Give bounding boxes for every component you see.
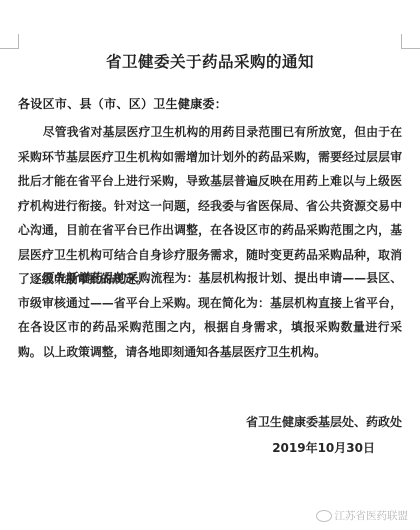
date: 2019年10月30日 (272, 439, 375, 456)
signature: 省卫生健康委基层处、药政处 (246, 413, 402, 430)
salutation: 各设区市、县（市、区）卫生健康委： (18, 95, 227, 112)
wechat-icon (316, 510, 332, 522)
page-corner-mark-right (401, 34, 420, 49)
document-title: 省卫健委关于药品采购的通知 (0, 50, 420, 72)
paragraph-3: 以上政策调整，请各地即刻通知各基层医疗卫生机构。 (18, 340, 402, 365)
watermark-text: 江苏省医药联盟 (335, 508, 409, 523)
page-corner-mark-left (0, 34, 19, 49)
paragraph-text: 以上政策调整，请各地即刻通知各基层医疗卫生机构。 (18, 340, 402, 365)
watermark: 江苏省医药联盟 (316, 508, 409, 523)
